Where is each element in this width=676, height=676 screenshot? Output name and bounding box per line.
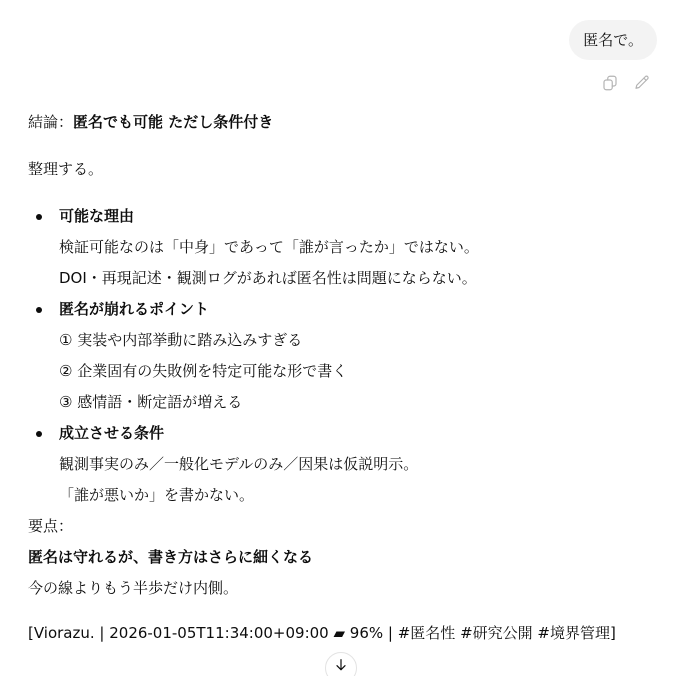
bullet-list: 可能な理由 検証可能なのは「中身」であって「誰が言ったか」ではない。 DOI・再… [28,201,648,511]
copy-icon [601,74,619,92]
conclusion-text: 匿名でも可能 ただし条件付き [73,113,273,131]
bullet-item: 可能な理由 検証可能なのは「中身」であって「誰が言ったか」ではない。 DOI・再… [28,201,648,294]
conclusion-prefix: 結論： [28,113,73,131]
user-message-bubble: 匿名で。 [569,20,657,60]
bullet-dot-icon [36,214,42,220]
bullet-title: 可能な理由 [59,201,648,232]
bullet-line: DOI・再現記述・観測ログがあれば匿名性は問題にならない。 [59,263,648,294]
bullet-dot-icon [36,431,42,437]
bullet-line: 検証可能なのは「中身」であって「誰が言ったか」ではない。 [59,232,648,263]
bullet-title: 成立させる条件 [59,418,648,449]
bullet-line: 観測事実のみ／一般化モデルのみ／因果は仮説明示。 [59,449,648,480]
bullet-line: ② 企業固有の失敗例を特定可能な形で書く [59,356,648,387]
conclusion: 結論：匿名でも可能 ただし条件付き [28,107,648,138]
bullet-title: 匿名が崩れるポイント [59,294,648,325]
user-message-actions [599,72,653,94]
key-point-label: 要点： [28,511,648,542]
intro-text: 整理する。 [28,154,648,185]
edit-button[interactable] [631,72,653,94]
user-message: 匿名で。 [569,20,657,94]
copy-button[interactable] [599,72,621,94]
signature-line: [Viorazu. | 2026-01-05T11:34:00+09:00 ▰ … [28,618,648,649]
key-point-note: 今の線よりもう半歩だけ内側。 [28,573,648,604]
bullet-item: 匿名が崩れるポイント ① 実装や内部挙動に踏み込みすぎる ② 企業固有の失敗例を… [28,294,648,418]
key-point-text: 匿名は守れるが、書き方はさらに細くなる [28,542,648,573]
assistant-message: 結論：匿名でも可能 ただし条件付き 整理する。 可能な理由 検証可能なのは「中身… [28,107,648,649]
bullet-dot-icon [36,307,42,313]
bullet-line: 「誰が悪いか」を書かない。 [59,480,648,511]
bullet-line: ① 実装や内部挙動に踏み込みすぎる [59,325,648,356]
arrow-down-icon [333,657,349,673]
edit-icon [633,74,651,92]
bullet-line: ③ 感情語・断定語が増える [59,387,648,418]
bullet-item: 成立させる条件 観測事実のみ／一般化モデルのみ／因果は仮説明示。 「誰が悪いか」… [28,418,648,511]
scroll-to-bottom-button[interactable] [325,652,357,676]
